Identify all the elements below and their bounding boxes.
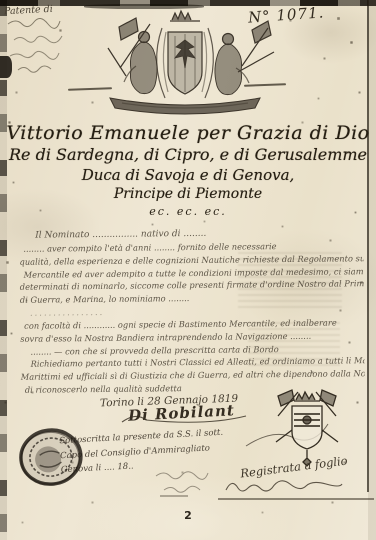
document-page: Patente di N° 1071. (0, 0, 376, 540)
paper-speckles (0, 0, 1, 1)
handwritten-scrawl (6, 18, 76, 78)
title-line-3: Duca di Savoja e di Genova, (0, 166, 376, 184)
title-line-2: Re di Sardegna, di Cipro, e di Gerusalem… (0, 145, 376, 164)
title-line-4: Principe di Piemonte (0, 186, 376, 202)
circular-ink-stamp (10, 418, 93, 498)
signature-flourish (118, 414, 248, 428)
handwritten-body: Il Nominato ................ nativo di .… (19, 226, 365, 397)
registration-signature (218, 476, 376, 504)
royal-title-block: Vittorio Emanuele per Grazia di Dio Re d… (0, 122, 376, 218)
royal-coat-of-arms (92, 6, 278, 120)
scan-edge-right-band (368, 0, 376, 540)
title-line-5: ec. ec. ec. (0, 205, 376, 218)
page-number: 2 (0, 509, 376, 522)
patente-label: Patente di (4, 4, 53, 18)
title-line-1: Vittorio Emanuele per Grazia di Dio (0, 122, 376, 144)
scan-edge-left (0, 0, 7, 540)
handwritten-annotation-topleft: Patente di (4, 4, 53, 18)
